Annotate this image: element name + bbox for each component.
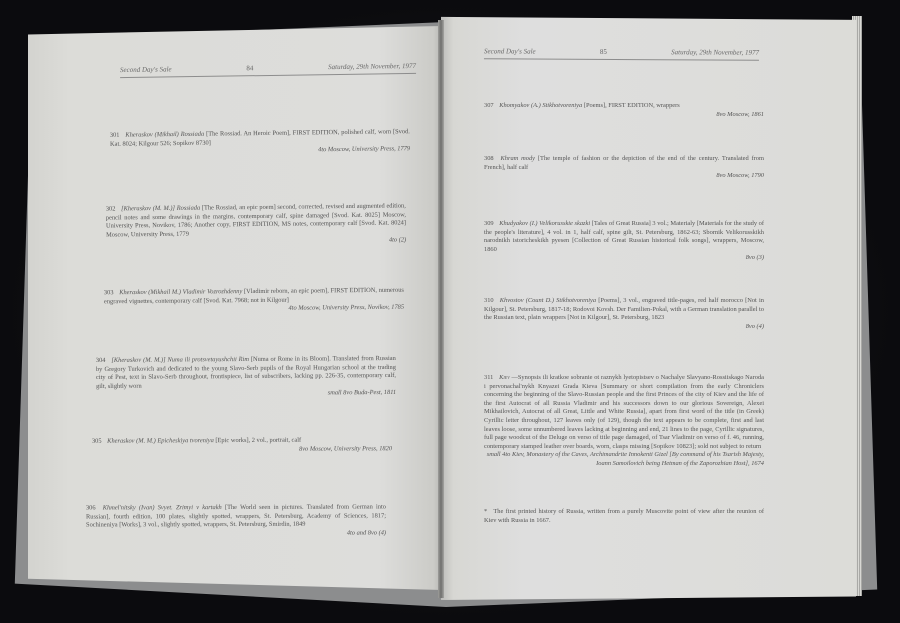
lot-entry: 305 Kheraskov (M. M.) Epicheskiya tvoren… <box>92 436 392 455</box>
lot-entry: 309 Khudyakov (I.) Velikorusskie skazki … <box>484 220 764 263</box>
lot-number: 302 <box>106 205 116 212</box>
lot-description: [Epic works], 2 vol., portrait, calf <box>215 437 301 444</box>
lot-imprint: 8vo Moscow, 1790 <box>484 172 764 181</box>
page-number: 85 <box>600 48 607 56</box>
running-head-date: Saturday, 29th November, 1977 <box>328 62 416 71</box>
lot-imprint: 4to Moscow, University Press, Novikov, 1… <box>104 304 404 315</box>
lot-note: * The first printed history of Russia, w… <box>484 508 764 525</box>
note-text: The first printed history of Russia, wri… <box>484 508 764 524</box>
page-number: 84 <box>246 64 253 72</box>
lot-entry: 311 Kiev —Synopsis ili kratkoe sobranie … <box>484 374 764 469</box>
right-page: Second Day's Sale 85 Saturday, 29th Nove… <box>441 14 856 600</box>
lot-entry: 303 Kheraskov (Mikhail M.) Vladimir Vozr… <box>104 287 404 315</box>
lot-entry: 308 Khram mody [The temple of fashion or… <box>484 155 764 181</box>
lot-heading: Khmel'nitsky (Ivan) Svyet. Zrimyi v kart… <box>103 504 222 511</box>
lot-heading: Kiev <box>499 374 509 381</box>
lot-heading: Khram mody <box>501 155 536 162</box>
lot-entry: 301 Kheraskov (Mikhail) Rossiada [The Ro… <box>110 128 410 157</box>
lot-imprint: 8vo Moscow, University Press, 1820 <box>92 445 392 455</box>
lot-number: 309 <box>484 220 494 227</box>
lot-description: —Synopsis ili kratkoe sobranie ot raznyk… <box>484 374 764 450</box>
lot-number: 305 <box>92 438 102 445</box>
lot-imprint: 8vo (4) <box>484 323 764 332</box>
lot-entry: 302 [Kheraskov (M. M.)] Rossiada [The Ro… <box>106 202 406 248</box>
lot-number: 306 <box>86 504 96 511</box>
running-head-right: Second Day's Sale 85 Saturday, 29th Nove… <box>484 47 759 60</box>
lot-description: [Poems], FIRST EDITION, wrappers <box>584 102 680 109</box>
lot-number: 301 <box>110 132 120 139</box>
running-head-sale: Second Day's Sale <box>484 47 536 55</box>
left-page: Second Day's Sale 84 Saturday, 29th Nove… <box>28 26 442 590</box>
lot-heading: Kheraskov (Mikhail M.) Vladimir Vozrozhd… <box>119 288 242 296</box>
running-head-date: Saturday, 29th November, 1977 <box>671 48 759 56</box>
lot-heading: Khomyakov (A.) Stikhotvoreniya <box>499 102 582 109</box>
lot-imprint: 4to and 8vo (4) <box>86 529 386 539</box>
running-head-left: Second Day's Sale 84 Saturday, 29th Nove… <box>120 62 416 78</box>
lot-entry: 304 [Kheraskov (M. M.)] Numa ili protsve… <box>96 355 396 400</box>
lot-heading: Kheraskov (Mikhail) Rossiada <box>125 131 204 139</box>
lot-imprint: small 8vo Buda-Pest, 1811 <box>96 389 396 400</box>
lot-heading: Khvostov (Count D.) Stikhotvoreniya <box>500 297 596 304</box>
lot-number: 311 <box>484 374 493 381</box>
lot-number: 307 <box>484 102 494 109</box>
lot-heading: Khudyakov (I.) Velikorusskie skazki <box>499 220 590 227</box>
lot-number: 310 <box>484 297 494 304</box>
lot-number: 308 <box>484 155 494 162</box>
lot-imprint: 8vo (3) <box>484 254 764 263</box>
lot-heading: [Kheraskov (M. M.)] Numa ili protsvetayu… <box>111 356 249 364</box>
lot-imprint: small 4to Kiev, Monastery of the Caves, … <box>484 451 764 468</box>
note-asterisk: * <box>484 508 487 515</box>
lot-imprint: 4to (2) <box>106 237 406 249</box>
running-head-sale: Second Day's Sale <box>120 65 172 74</box>
lot-imprint: 8vo Moscow, 1861 <box>484 111 764 120</box>
book-gutter <box>438 20 444 598</box>
lot-entry: 306 Khmel'nitsky (Ivan) Svyet. Zrimyi v … <box>86 503 386 538</box>
lot-entry: 310 Khvostov (Count D.) Stikhotvoreniya … <box>484 297 764 331</box>
lot-entry: 307 Khomyakov (A.) Stikhotvoreniya [Poem… <box>484 102 764 119</box>
lot-heading: [Kheraskov (M. M.)] Rossiada <box>121 205 200 213</box>
lot-heading: Kheraskov (M. M.) Epicheskiya tvoreniya <box>107 437 214 445</box>
lot-number: 304 <box>96 357 106 364</box>
lot-number: 303 <box>104 289 114 296</box>
